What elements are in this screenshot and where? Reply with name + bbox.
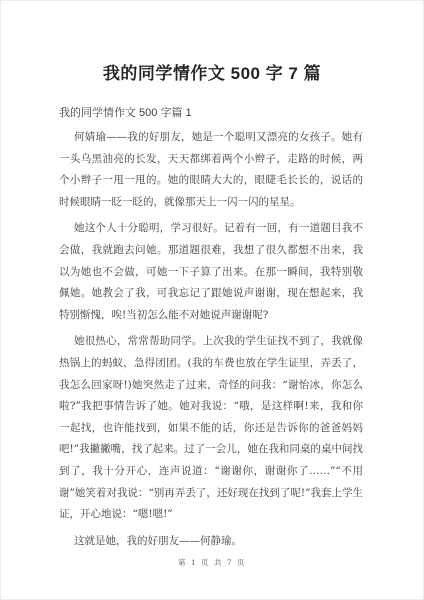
document-body: 何婧瑜——我的好朋友，她是一个聪明又漂亮的女孩子。她有一头乌黑油亮的长发，天天都… — [59, 127, 363, 557]
paragraph-4: 这就是她，我的好朋友——何静瑜。 — [59, 531, 363, 553]
paragraph-2: 她这个人十分聪明，学习很好。记着有一回，有一道题目我不会做，我就跑去问她。那道题… — [59, 218, 363, 326]
section-heading: 我的同学情作文 500 字篇 1 — [59, 105, 192, 121]
paragraph-3: 她很热心，常常帮助同学。上次我的学生证找不到了，我就像热锅上的蚂蚁，急得团团。(… — [59, 331, 363, 525]
document-page: 我的同学情作文 500 字 7 篇 我的同学情作文 500 字篇 1 何婧瑜——… — [0, 0, 424, 600]
page-number-footer: 第 1 页 共 7 页 — [1, 557, 423, 568]
document-title: 我的同学情作文 500 字 7 篇 — [1, 62, 423, 86]
paragraph-1: 何婧瑜——我的好朋友，她是一个聪明又漂亮的女孩子。她有一头乌黑油亮的长发，天天都… — [59, 127, 363, 213]
